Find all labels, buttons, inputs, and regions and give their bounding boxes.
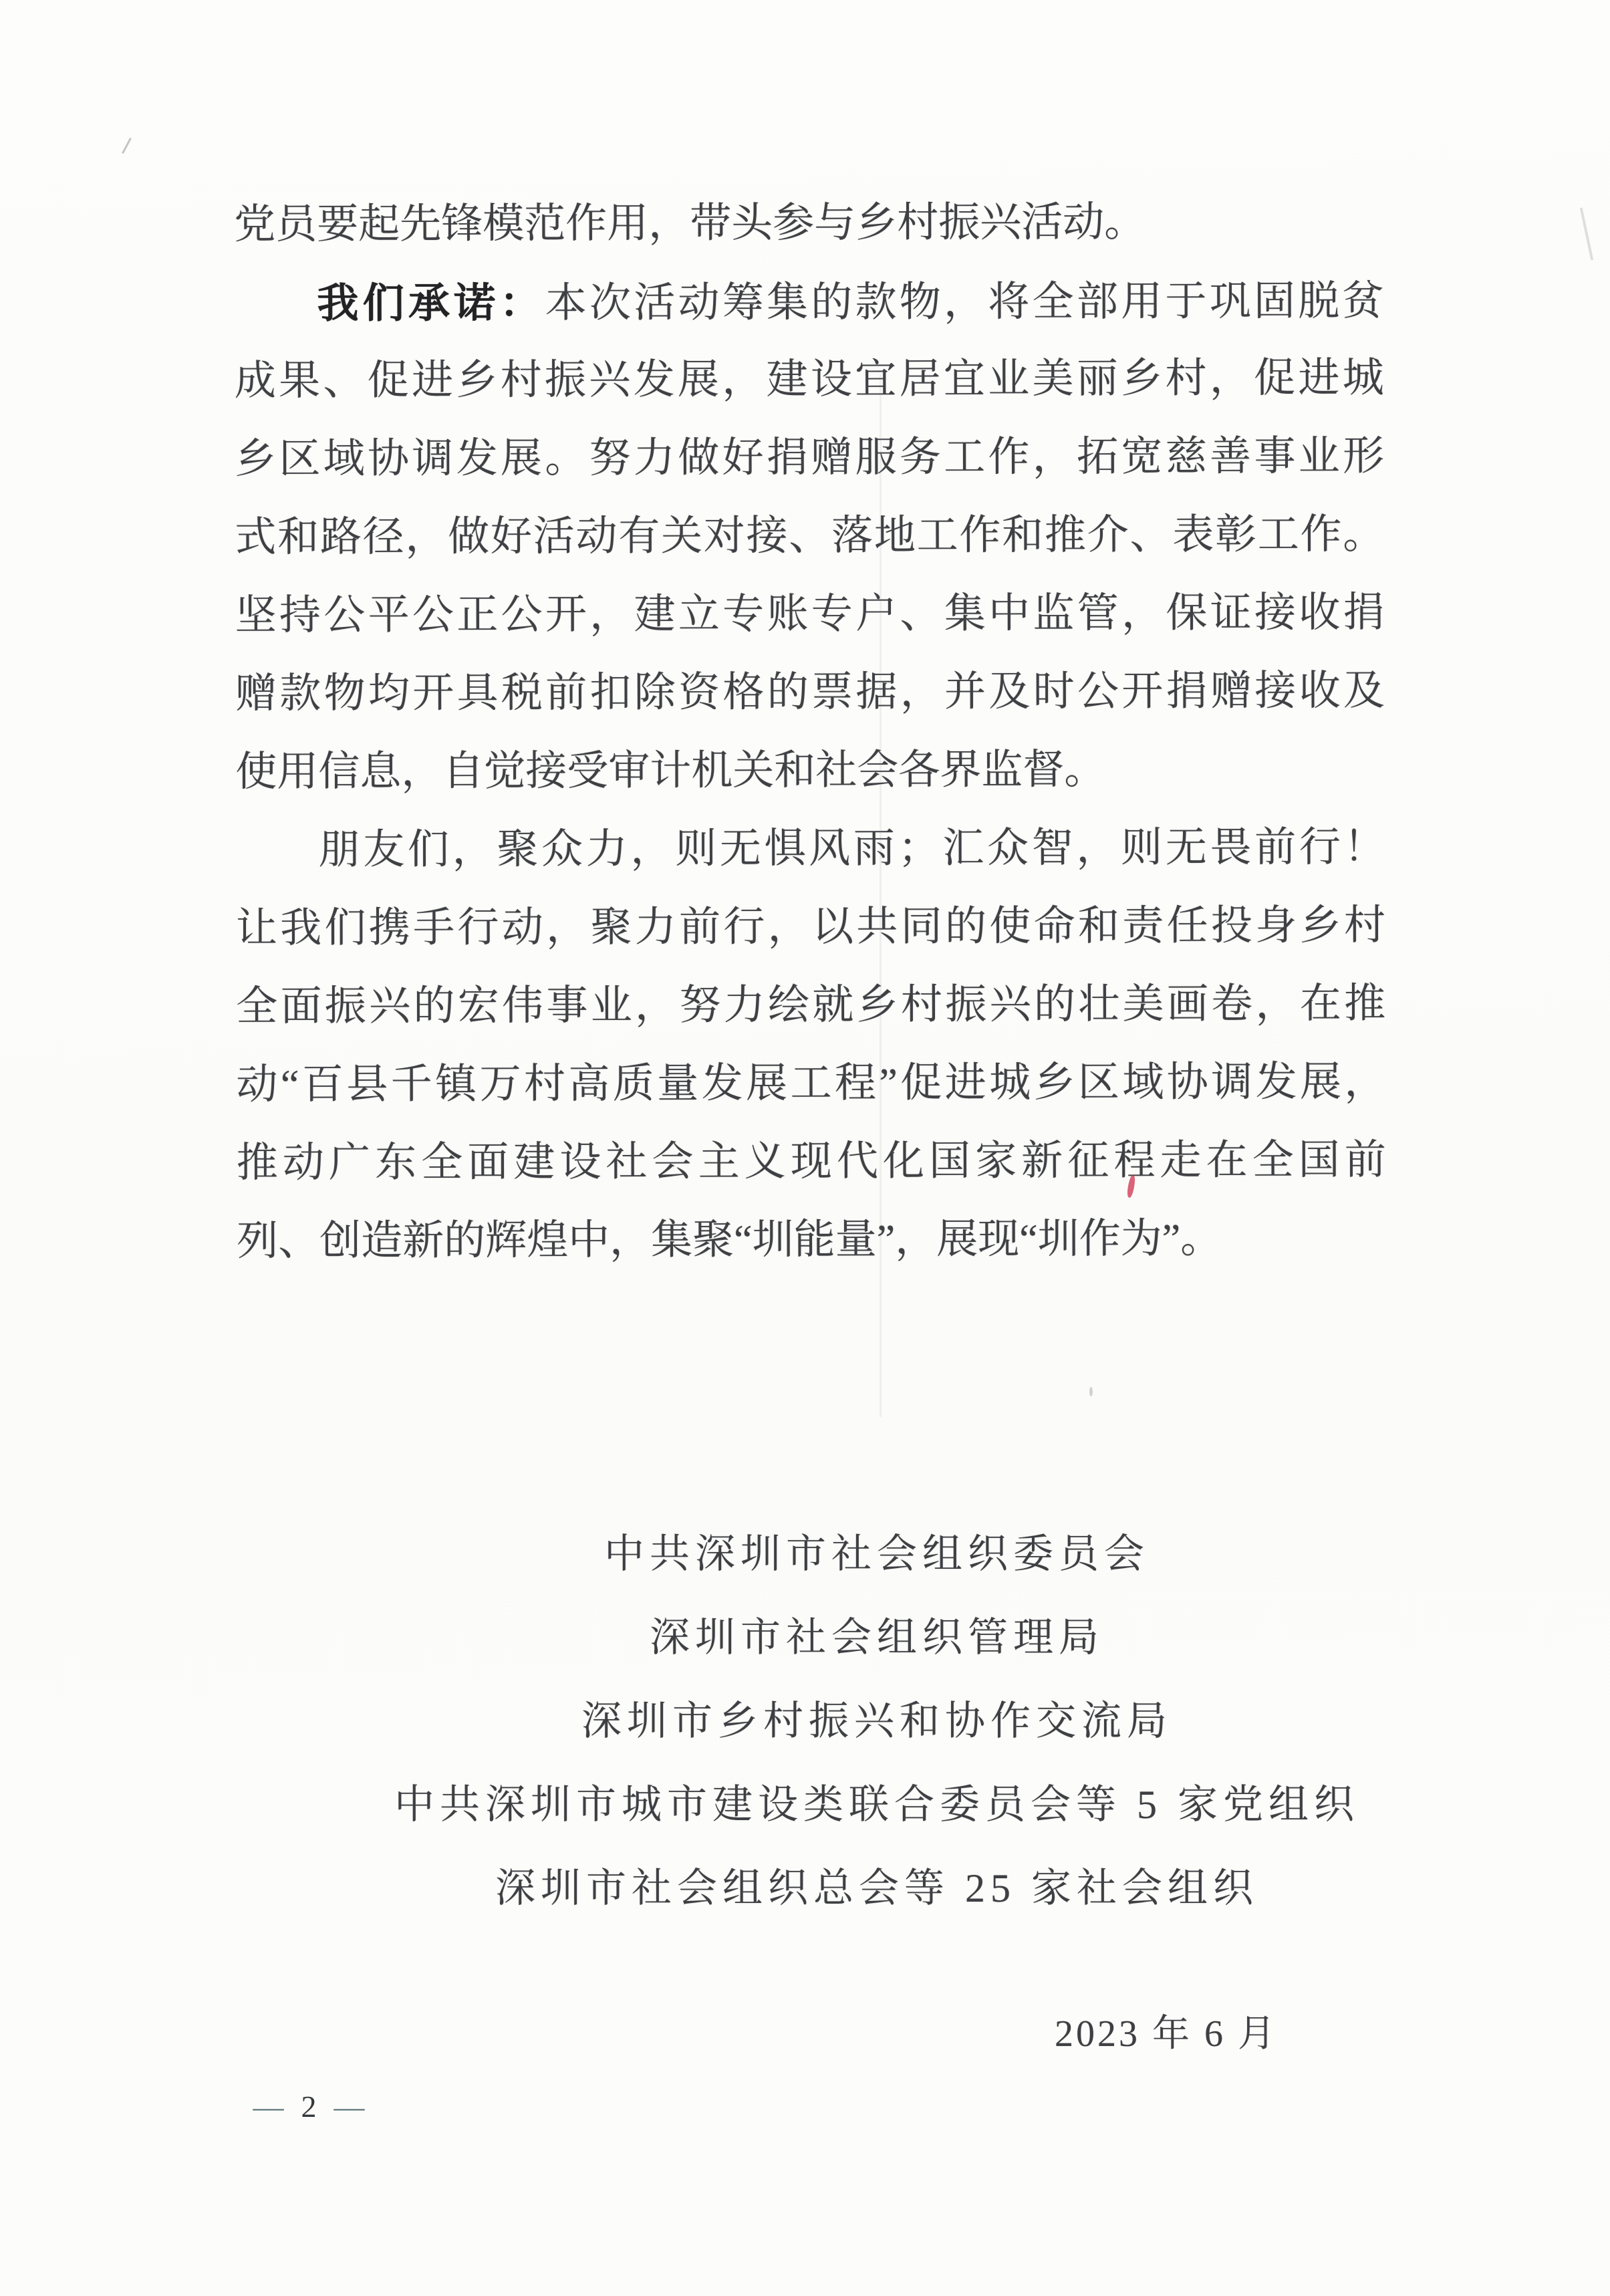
signature-block: 中共深圳市社会组织委员会 深圳市社会组织管理局 深圳市乡村振兴和协作交流局 中共… bbox=[209, 1513, 1545, 1930]
scan-artifact bbox=[1580, 207, 1594, 260]
footer-dash-right: — bbox=[334, 2089, 365, 2124]
signature-line: 深圳市社会组织总会等 25 家社会组织 bbox=[209, 1847, 1545, 1930]
signature-line: 深圳市乡村振兴和协作交流局 bbox=[209, 1680, 1545, 1763]
body-line: 乡区域协调发展。努力做好捐赠服务工作，拓宽慈善事业形 bbox=[235, 418, 1384, 499]
footer-dash-left: — bbox=[253, 2089, 284, 2124]
body-line: 式和路径，做好活动有关对接、落地工作和推介、表彰工作。 bbox=[235, 496, 1384, 578]
body-line: 全面振兴的宏伟事业，努力绘就乡村振兴的壮美画卷，在推 bbox=[236, 965, 1385, 1047]
body-line: 党员要起先锋模范作用，带头参与乡村振兴活动。 bbox=[234, 183, 1383, 265]
scan-artifact bbox=[122, 138, 132, 154]
body-line: 朋友们，聚众力，则无惧风雨；汇众智，则无畏前行！ bbox=[235, 809, 1385, 890]
document-date: 2023 年 6 月 bbox=[832, 2011, 1500, 2057]
body-text: 党员要起先锋模范作用，带头参与乡村振兴活动。 我们承诺：本次活动筹集的款物，将全… bbox=[234, 183, 1386, 1281]
body-line: 列、创造新的辉煌中，集聚“圳能量”，展现“圳作为”。 bbox=[237, 1200, 1386, 1281]
signature-line: 中共深圳市社会组织委员会 bbox=[209, 1513, 1545, 1596]
scan-artifact bbox=[1089, 1387, 1093, 1396]
signature-line: 深圳市社会组织管理局 bbox=[209, 1596, 1545, 1680]
body-line-text: 本次活动筹集的款物，将全部用于巩固脱贫 bbox=[545, 279, 1384, 326]
body-line: 推动广东全面建设社会主义现代化国家新征程走在全国前 bbox=[237, 1122, 1386, 1203]
footer-page-number: 2 bbox=[301, 2089, 317, 2124]
body-line: 动“百县千镇万村高质量发展工程”促进城乡区域协调发展， bbox=[236, 1043, 1385, 1125]
page-number: —2— bbox=[209, 2087, 409, 2127]
body-line: 坚持公平公正公开，建立专账专户、集中监管，保证接收捐 bbox=[235, 574, 1385, 656]
body-line: 我们承诺：本次活动筹集的款物，将全部用于巩固脱贫 bbox=[234, 261, 1383, 343]
body-line: 成果、促进乡村振兴发展，建设宜居宜业美丽乡村，促进城 bbox=[235, 340, 1384, 421]
body-line: 赠款物均开具税前扣除资格的票据，并及时公开捐赠接收及 bbox=[235, 652, 1385, 734]
body-line: 让我们携手行动，聚力前行，以共同的使命和责任投身乡村 bbox=[236, 887, 1385, 969]
scanned-document-page: 党员要起先锋模范作用，带头参与乡村振兴活动。 我们承诺：本次活动筹集的款物，将全… bbox=[0, 0, 1610, 2296]
bold-lead: 我们承诺： bbox=[317, 278, 545, 328]
body-line: 使用信息，自觉接受审计机关和社会各界监督。 bbox=[235, 731, 1385, 812]
signature-line: 中共深圳市城市建设类联合委员会等 5 家党组织 bbox=[209, 1763, 1545, 1847]
scan-artifact bbox=[880, 374, 882, 1417]
